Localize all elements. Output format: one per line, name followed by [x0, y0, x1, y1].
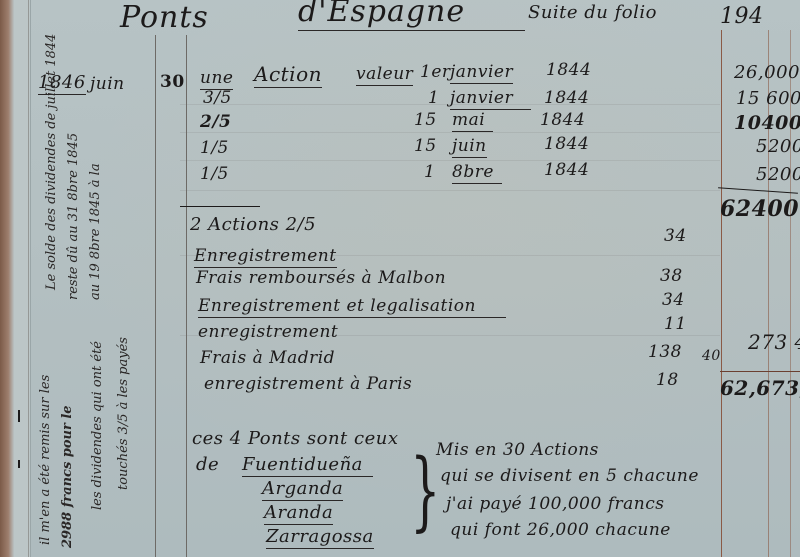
note-prefix: de [196, 454, 219, 475]
cents-column-rule [768, 30, 769, 557]
share-day: 15 [414, 136, 437, 156]
ledger-title-espagne: d'Espagne [298, 0, 525, 31]
sum-line [718, 187, 798, 194]
share-amount: 26,000 [734, 62, 800, 83]
share-fraction: 2/5 [200, 112, 231, 132]
continuation-text: Suite du folio [528, 2, 657, 23]
share-amount: 10400 [734, 112, 800, 134]
expense-label: Enregistrement et legalisation [198, 296, 506, 318]
share-day: 15 [414, 110, 437, 130]
note-right-line: Mis en 30 Actions [436, 440, 599, 460]
share-fraction: 1/5 [200, 164, 229, 184]
amount-column-rule [721, 30, 722, 557]
margin-note: reste dû au 31 8bre 1845 [66, 133, 81, 300]
share-month: 8bre [452, 162, 502, 184]
folio-number: 194 [720, 4, 764, 29]
share-year: 1844 [544, 160, 589, 180]
ledger-line [180, 190, 720, 191]
expense-label: Frais remboursés à Malbon [196, 268, 446, 288]
share-amount: 5200 [756, 164, 800, 185]
expense-amount: 34 [664, 226, 687, 246]
margin-note: 2988 francs pour le [60, 405, 75, 548]
ink-mark [18, 410, 20, 422]
bridge-name: Arganda [262, 478, 343, 501]
expense-label: Enregistrement [194, 246, 337, 268]
expense-amount: 38 [660, 266, 683, 286]
ledger-page: Ponts d'Espagne Suite du folio 194 1846 … [0, 0, 800, 557]
margin-note: il m'en a été remis sur les [38, 375, 53, 545]
margin-note: au 19 8bre 1845 à la [88, 163, 103, 300]
section-line [180, 206, 260, 207]
share-month: janvier [450, 62, 513, 84]
book-binding [0, 0, 14, 557]
share-month: juin [452, 136, 487, 158]
date-column-rule [155, 35, 156, 557]
bridge-name: Fuentidueña [242, 454, 373, 477]
expense-amount: 11 [664, 314, 687, 334]
share-year: 1844 [540, 110, 585, 130]
shares-total: 62400 [720, 196, 799, 222]
share-month: janvier [450, 88, 531, 110]
expense-amount: 138 [648, 342, 682, 362]
bridge-name: Aranda [264, 502, 333, 525]
expense-label: Frais à Madrid [200, 348, 335, 368]
margin-note: les dividendes qui ont été [90, 341, 105, 510]
share-amount: 15 600 [736, 88, 800, 109]
expense-label: enregistrement [198, 322, 338, 342]
margin-note: touchés 3/5 à les payés [116, 337, 131, 490]
expenses-subtotal: 273 40 [748, 330, 800, 354]
share-year: 1844 [544, 134, 589, 154]
share-description: Action [254, 62, 322, 88]
day-column-rule [186, 35, 187, 557]
margin-rule [28, 0, 29, 557]
right-edge-rule [790, 30, 791, 557]
curly-brace: } [410, 448, 440, 534]
expense-cents: 40 [702, 348, 721, 364]
entry-month: juin [90, 74, 125, 94]
expense-amount: 34 [662, 290, 685, 310]
share-month: mai [452, 110, 493, 132]
margin-note: Le solde des dividendes de juillet 1844 [44, 34, 59, 290]
share-day: 1er [420, 62, 451, 82]
expense-label: enregistrement à Paris [204, 374, 412, 394]
share-fraction: 1/5 [200, 138, 229, 158]
expense-amount: 18 [656, 370, 679, 390]
sum-line [720, 371, 800, 372]
grand-total: 62,673,40 [720, 376, 800, 400]
share-day: 1 [424, 162, 435, 182]
ledger-line [180, 132, 720, 133]
note-right-line: j'ai payé 100,000 francs [446, 494, 664, 514]
share-year: 1844 [544, 88, 589, 108]
note-right-line: qui font 26,000 chacune [450, 520, 671, 540]
ink-mark [18, 460, 20, 468]
expenses-heading: 2 Actions 2/5 [190, 214, 316, 235]
bridge-name: Zarragossa [266, 526, 374, 549]
note-right-line: qui se divisent en 5 chacune [440, 466, 699, 486]
share-day: 1 [428, 88, 439, 108]
ledger-title-ponts: Ponts [120, 0, 209, 35]
entry-day: 30 [160, 72, 185, 92]
note-line-1: ces 4 Ponts sont ceux [192, 428, 398, 449]
share-fraction: 3/5 [203, 88, 232, 108]
share-fraction: une [200, 68, 233, 90]
share-label: valeur [356, 64, 413, 86]
share-amount: 5200 [756, 136, 800, 157]
share-year: 1844 [546, 60, 591, 80]
ledger-line [180, 160, 720, 161]
